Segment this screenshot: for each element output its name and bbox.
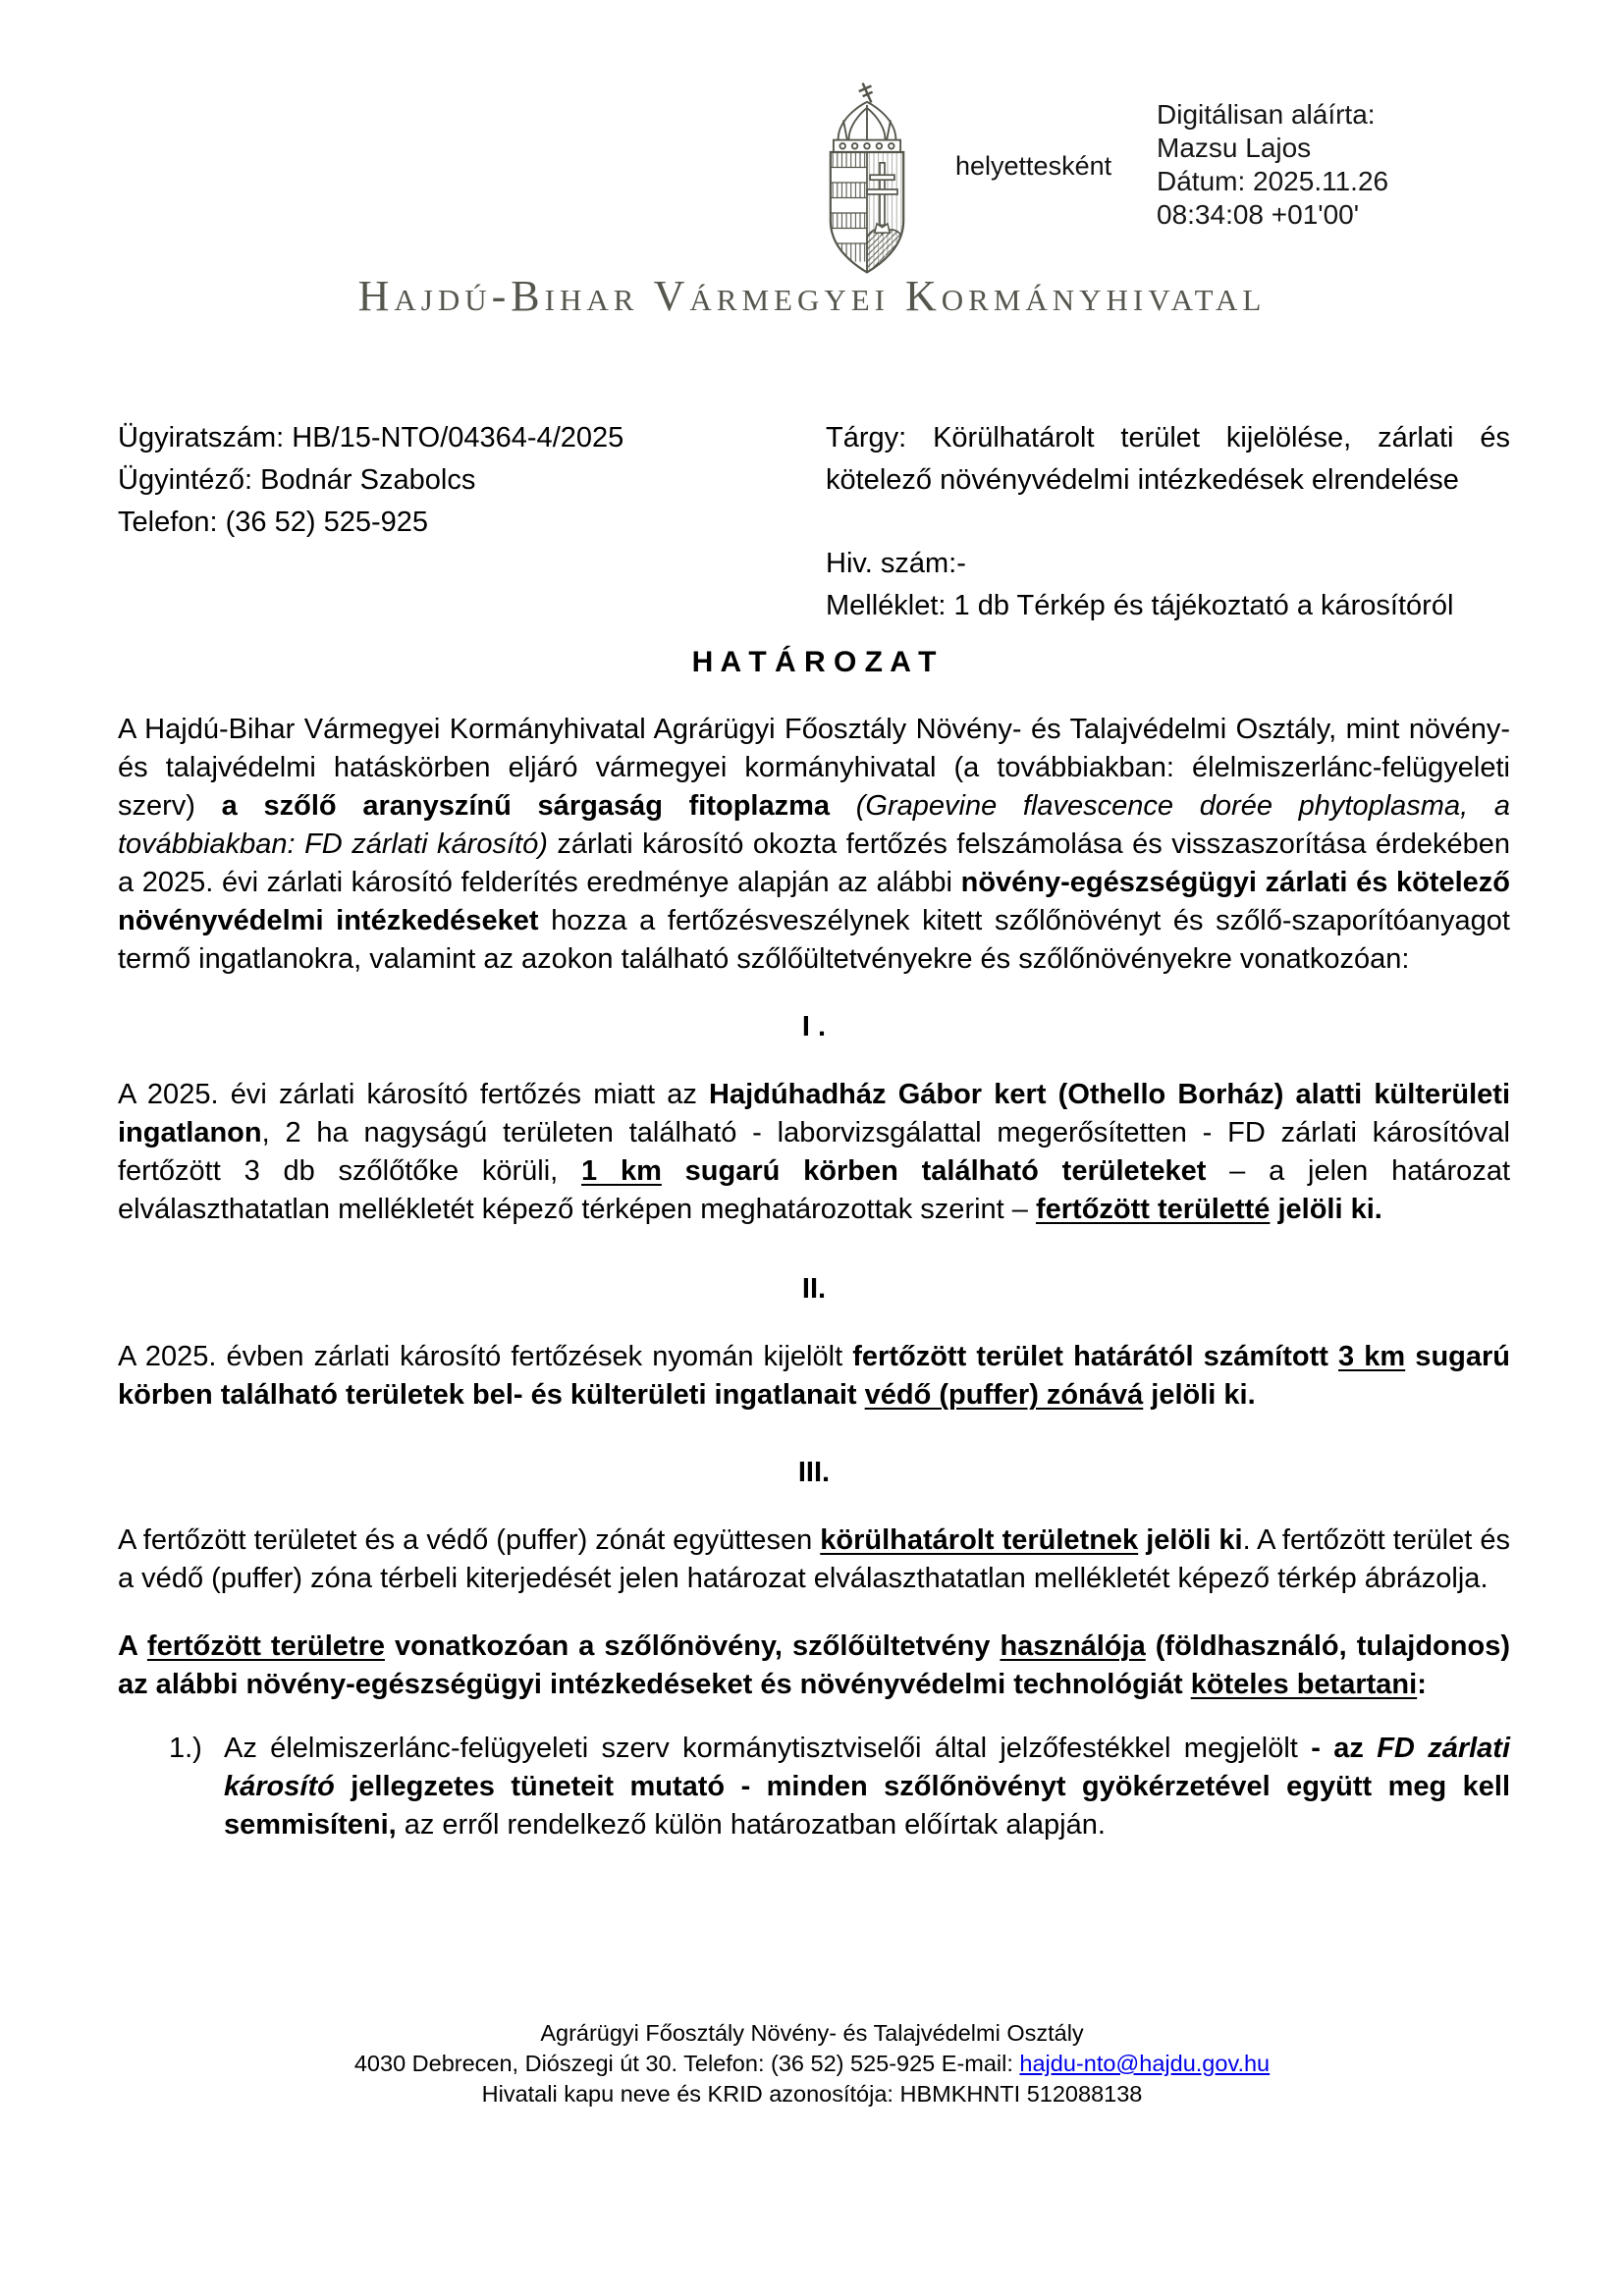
section-1-paragraph: A 2025. évi zárlati károsító fertőzés mi… [118, 1076, 1510, 1229]
list-item-1: 1.) Az élelmiszerlánc-felügyeleti szerv … [118, 1730, 1510, 1844]
footer-department: Agrárügyi Főosztály Növény- és Talajvéde… [0, 2018, 1624, 2049]
decision-title: H A T Á R O Z A T [118, 643, 1510, 681]
case-number: Ügyiratszám: HB/15-NTO/04364-4/2025 [118, 417, 766, 459]
footer-krid: Hivatali kapu neve és KRID azonosítója: … [0, 2079, 1624, 2109]
section-2-paragraph: A 2025. évben zárlati károsító fertőzése… [118, 1338, 1510, 1415]
section-2-heading: II. [118, 1270, 1510, 1308]
list-item-text: Az élelmiszerlánc-felügyeleti szerv korm… [224, 1730, 1510, 1844]
footer-address: 4030 Debrecen, Diószegi út 30. Telefon: … [354, 2051, 1020, 2076]
footer-email-link[interactable]: hajdu-nto@hajdu.gov.hu [1019, 2051, 1270, 2076]
signature-date: Dátum: 2025.11.26 [1157, 165, 1388, 198]
footer: Agrárügyi Főosztály Növény- és Talajvéde… [0, 2018, 1624, 2109]
signature-line: Digitálisan aláírta: [1157, 98, 1388, 132]
attachment-line: Melléklet: 1 db Térkép és tájékoztató a … [826, 585, 1510, 627]
section-3-heading: III. [118, 1454, 1510, 1492]
deputy-label: helyettesként [955, 151, 1111, 182]
footer-address-line: 4030 Debrecen, Diószegi út 30. Telefon: … [0, 2049, 1624, 2079]
digital-signature-block: Digitálisan aláírta: Mazsu Lajos Dátum: … [1157, 98, 1388, 232]
intro-paragraph: A Hajdú-Bihar Vármegyei Kormányhivatal A… [118, 711, 1510, 979]
section-1-heading: I . [118, 1008, 1510, 1046]
clerk-name: Ügyintéző: Bodnár Szabolcs [118, 459, 766, 502]
reference-number: Hiv. szám:- [826, 543, 1510, 585]
reference-block: Ügyiratszám: HB/15-NTO/04364-4/2025 Ügyi… [118, 417, 1510, 627]
section-3-paragraph: A fertőzött területet és a védő (puffer)… [118, 1522, 1510, 1598]
document-body: Ügyiratszám: HB/15-NTO/04364-4/2025 Ügyi… [118, 417, 1510, 1844]
document-page: helyettesként Digitálisan aláírta: Mazsu… [0, 0, 1624, 2296]
signature-name: Mazsu Lajos [1157, 132, 1388, 165]
obligation-paragraph: A fertőzött területre vonatkozóan a szől… [118, 1628, 1510, 1704]
hungarian-coat-of-arms-icon [776, 79, 958, 287]
list-item-number: 1.) [169, 1730, 224, 1844]
reference-right: Tárgy: Körülhatárolt terület kijelölése,… [826, 417, 1510, 627]
office-title: Hajdú-Bihar Vármegyei Kormányhivatal [0, 271, 1624, 321]
signature-time: 08:34:08 +01'00' [1157, 198, 1388, 232]
reference-left: Ügyiratszám: HB/15-NTO/04364-4/2025 Ügyi… [118, 417, 766, 627]
phone-number: Telefon: (36 52) 525-925 [118, 502, 766, 544]
subject-line: Tárgy: Körülhatárolt terület kijelölése,… [826, 417, 1510, 502]
